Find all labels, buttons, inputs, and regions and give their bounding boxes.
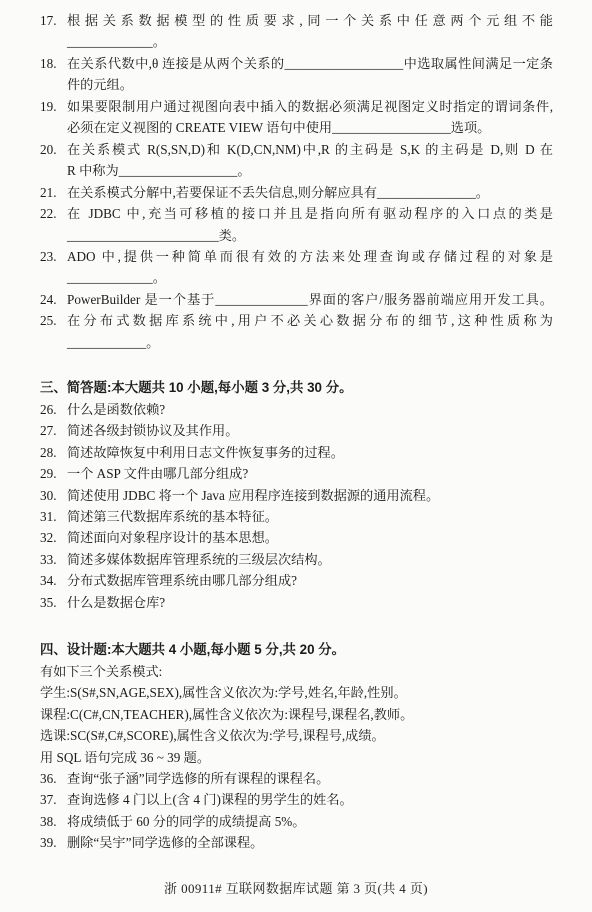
question-17: 17. 根据关系数据模型的性质要求,同一个关系中任意两个元组不能 _______… [40, 10, 553, 53]
fill-in-blank-section: 17. 根据关系数据模型的性质要求,同一个关系中任意两个元组不能 _______… [40, 10, 553, 353]
schema-enrollment-line: 选课:SC(S#,C#,SCORE),属性含义依次为:学号,课程号,成绩。 [40, 725, 553, 746]
question-number: 30. [40, 485, 56, 506]
question-number: 29. [40, 463, 56, 484]
question-33: 33. 简述多媒体数据库管理系统的三级层次结构。 [40, 549, 553, 570]
question-number: 34. [40, 570, 56, 591]
question-line: 简述使用 JDBC 将一个 Java 应用程序连接到数据源的通用流程。 [67, 485, 553, 506]
question-24: 24. PowerBuilder 是一个基于______________界面的客… [40, 289, 553, 310]
question-number: 17. [40, 10, 56, 31]
relation-schemas-intro: 有如下三个关系模式: [40, 661, 553, 682]
question-line: 一个 ASP 文件由哪几部分组成? [67, 463, 553, 484]
question-number: 18. [40, 53, 56, 74]
schema-course-line: 课程:C(C#,CN,TEACHER),属性含义依次为:课程号,课程名,教师。 [40, 704, 553, 725]
question-line: 什么是数据仓库? [67, 592, 553, 613]
question-line: 在关系模式分解中,若要保证不丢失信息,则分解应具有_______________… [67, 182, 553, 203]
question-23: 23. ADO 中,提供一种简单而很有效的方法来处理查询或存储过程的对象是 __… [40, 246, 553, 289]
sql-instruction-line: 用 SQL 语句完成 36 ~ 39 题。 [40, 747, 553, 768]
question-line: 简述各级封锁协议及其作用。 [67, 420, 553, 441]
short-answer-section: 26. 什么是函数依赖? 27. 简述各级封锁协议及其作用。 28. 简述故障恢… [40, 399, 553, 614]
question-line: 简述第三代数据库系统的基本特征。 [67, 506, 553, 527]
question-38: 38. 将成绩低于 60 分的同学的成绩提高 5%。 [40, 811, 553, 832]
question-20: 20. 在关系模式 R(S,SN,D)和 K(D,CN,NM)中,R 的主码是 … [40, 139, 553, 182]
question-line: 删除“吴宇”同学选修的全部课程。 [67, 832, 553, 853]
question-line: 简述多媒体数据库管理系统的三级层次结构。 [67, 549, 553, 570]
question-number: 39. [40, 832, 56, 853]
question-30: 30. 简述使用 JDBC 将一个 Java 应用程序连接到数据源的通用流程。 [40, 485, 553, 506]
question-number: 31. [40, 506, 56, 527]
question-line: PowerBuilder 是一个基于______________界面的客户/服务… [67, 289, 553, 310]
question-line: 必须在定义视图的 CREATE VIEW 语句中使用______________… [67, 117, 553, 138]
question-34: 34. 分布式数据库管理系统由哪几部分组成? [40, 570, 553, 591]
blank-answer-line: _____________。 [67, 31, 553, 52]
question-39: 39. 删除“吴宇”同学选修的全部课程。 [40, 832, 553, 853]
question-line: 在 JDBC 中,充当可移植的接口并且是指向所有驱动程序的入口点的类是 [67, 203, 553, 224]
question-26: 26. 什么是函数依赖? [40, 399, 553, 420]
question-31: 31. 简述第三代数据库系统的基本特征。 [40, 506, 553, 527]
question-number: 20. [40, 139, 56, 160]
question-line: 根据关系数据模型的性质要求,同一个关系中任意两个元组不能 [67, 10, 553, 31]
exam-content: 17. 根据关系数据模型的性质要求,同一个关系中任意两个元组不能 _______… [40, 10, 553, 854]
question-32: 32. 简述面向对象程序设计的基本思想。 [40, 527, 553, 548]
blank-answer-line: _____________。 [67, 267, 553, 288]
question-29: 29. 一个 ASP 文件由哪几部分组成? [40, 463, 553, 484]
question-36: 36. 查询“张子涵”同学选修的所有课程的课程名。 [40, 768, 553, 789]
question-number: 21. [40, 182, 56, 203]
question-line: 如果要限制用户通过视图向表中插入的数据必须满足视图定义时指定的谓词条件, [67, 96, 553, 117]
blank-answer-line: ____________。 [67, 332, 553, 353]
question-line: 什么是函数依赖? [67, 399, 553, 420]
question-number: 38. [40, 811, 56, 832]
question-line: 简述故障恢复中利用日志文件恢复事务的过程。 [67, 442, 553, 463]
question-line: 件的元组。 [67, 74, 553, 95]
page-footer: 浙 00911# 互联网数据库试题 第 3 页(共 4 页) [0, 878, 592, 899]
exam-page: 17. 根据关系数据模型的性质要求,同一个关系中任意两个元组不能 _______… [0, 0, 592, 912]
question-line: 查询选修 4 门以上(含 4 门)课程的男学生的姓名。 [67, 789, 553, 810]
schema-student-line: 学生:S(S#,SN,AGE,SEX),属性含义依次为:学号,姓名,年龄,性别。 [40, 682, 553, 703]
question-line: 在关系代数中,θ 连接是从两个关系的__________________中选取属… [67, 53, 553, 74]
question-18: 18. 在关系代数中,θ 连接是从两个关系的__________________… [40, 53, 553, 96]
question-number: 37. [40, 789, 56, 810]
question-number: 36. [40, 768, 56, 789]
question-line: 简述面向对象程序设计的基本思想。 [67, 527, 553, 548]
question-line: 在关系模式 R(S,SN,D)和 K(D,CN,NM)中,R 的主码是 S,K … [67, 139, 553, 160]
question-line: 在分布式数据库系统中,用户不必关心数据分布的细节,这种性质称为 [67, 310, 553, 331]
question-line: 查询“张子涵”同学选修的所有课程的课程名。 [67, 768, 553, 789]
question-number: 25. [40, 310, 56, 331]
question-number: 33. [40, 549, 56, 570]
question-35: 35. 什么是数据仓库? [40, 592, 553, 613]
question-number: 19. [40, 96, 56, 117]
question-number: 27. [40, 420, 56, 441]
design-section: 有如下三个关系模式: 学生:S(S#,SN,AGE,SEX),属性含义依次为:学… [40, 661, 553, 854]
question-number: 35. [40, 592, 56, 613]
question-21: 21. 在关系模式分解中,若要保证不丢失信息,则分解应具有___________… [40, 182, 553, 203]
blank-answer-line: _______________________类。 [67, 225, 553, 246]
short-answer-section-heading: 三、简答题:本大题共 10 小题,每小题 3 分,共 30 分。 [40, 377, 553, 398]
question-number: 23. [40, 246, 56, 267]
blank-answer-line: R 中称为__________________。 [67, 160, 553, 181]
design-section-heading: 四、设计题:本大题共 4 小题,每小题 5 分,共 20 分。 [40, 639, 553, 660]
question-line: ADO 中,提供一种简单而很有效的方法来处理查询或存储过程的对象是 [67, 246, 553, 267]
question-line: 分布式数据库管理系统由哪几部分组成? [67, 570, 553, 591]
question-28: 28. 简述故障恢复中利用日志文件恢复事务的过程。 [40, 442, 553, 463]
question-line: 将成绩低于 60 分的同学的成绩提高 5%。 [67, 811, 553, 832]
question-27: 27. 简述各级封锁协议及其作用。 [40, 420, 553, 441]
question-number: 28. [40, 442, 56, 463]
question-25: 25. 在分布式数据库系统中,用户不必关心数据分布的细节,这种性质称为 ____… [40, 310, 553, 353]
question-19: 19. 如果要限制用户通过视图向表中插入的数据必须满足视图定义时指定的谓词条件,… [40, 96, 553, 139]
question-number: 26. [40, 399, 56, 420]
question-number: 22. [40, 203, 56, 224]
question-number: 32. [40, 527, 56, 548]
question-22: 22. 在 JDBC 中,充当可移植的接口并且是指向所有驱动程序的入口点的类是 … [40, 203, 553, 246]
question-37: 37. 查询选修 4 门以上(含 4 门)课程的男学生的姓名。 [40, 789, 553, 810]
question-number: 24. [40, 289, 56, 310]
